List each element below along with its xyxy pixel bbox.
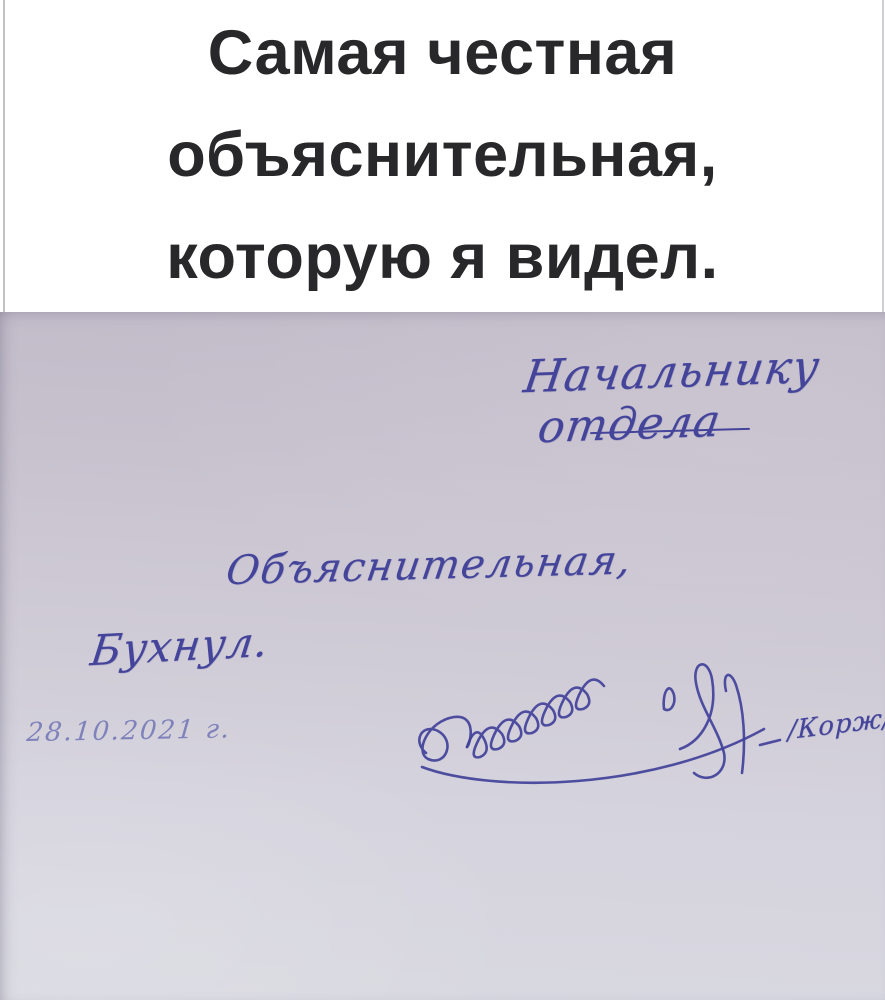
- note-addressee-line1: Начальнику: [521, 340, 824, 404]
- signature-scribble-icon: [412, 645, 792, 805]
- note-body: Бухнул.: [88, 617, 272, 676]
- note-photo: Начальнику отдела Объяснительная, Бухнул…: [0, 312, 885, 1000]
- note-date: 28.10.2021 г.: [25, 714, 232, 748]
- note-title: Объяснительная,: [223, 537, 635, 594]
- caption-line-1: Самая честная: [0, 2, 885, 104]
- meme-image: Самая честная объяснительная, которую я …: [0, 0, 885, 1000]
- signature-name: /Корж/: [787, 703, 885, 746]
- note-addressee-line2: отдела: [535, 396, 724, 454]
- frame-edge-left: [3, 0, 5, 312]
- caption-line-2: объяснительная,: [0, 104, 885, 206]
- meme-caption: Самая честная объяснительная, которую я …: [0, 0, 885, 312]
- frame-edge-right: [882, 0, 884, 312]
- caption-line-3: которую я видел.: [0, 206, 885, 308]
